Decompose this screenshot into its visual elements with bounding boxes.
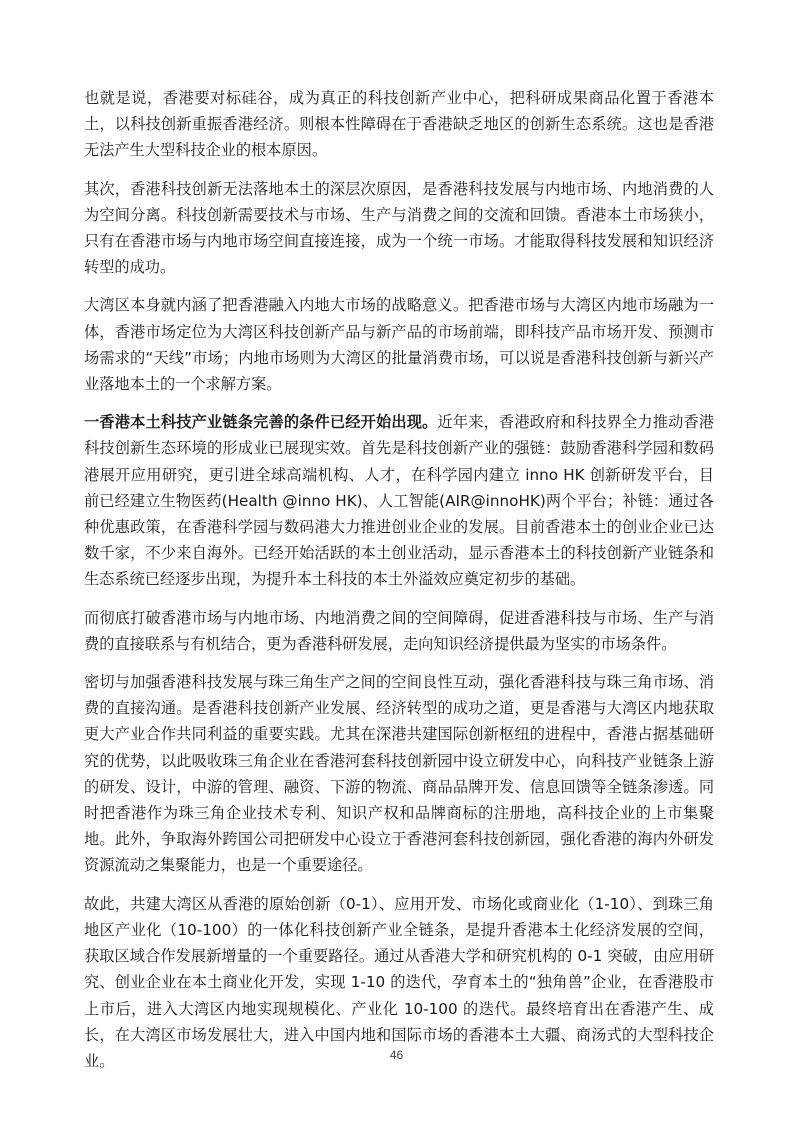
paragraph-5: 而彻底打破香港市场与内地市场、内地消费之间的空间障碍，促进香港科技与市场、生产与…: [84, 605, 714, 657]
paragraph-6: 密切与加强香港科技发展与珠三角生产之间的空间良性互动，强化香港科技与珠三角市场、…: [84, 669, 714, 879]
paragraph-4: 一香港本土科技产业链条完善的条件已经开始出现。近年来，香港政府和科技界全力推动香…: [84, 409, 714, 592]
paragraph-1: 也就是说，香港要对标硅谷，成为真正的科技创新产业中心，把科研成果商品化置于香港本…: [84, 85, 714, 164]
document-page: 也就是说，香港要对标硅谷，成为真正的科技创新产业中心，把科研成果商品化置于香港本…: [84, 85, 714, 1086]
paragraph-4-body: 近年来，香港政府和科技界全力推动香港科技创新生态环境的形成业已展现实效。首先是科…: [84, 413, 714, 588]
page-number: 46: [0, 1048, 793, 1062]
paragraph-7: 故此，共建大湾区从香港的原始创新（0-1）、应用开发、市场化或商业化（1-10）…: [84, 891, 714, 1074]
paragraph-lead-heading: 一香港本土科技产业链条完善的条件已经开始出现。: [84, 413, 438, 431]
paragraph-3: 大湾区本身就内涵了把香港融入内地大市场的战略意义。把香港市场与大湾区内地市场融为…: [84, 292, 714, 397]
paragraph-2: 其次，香港科技创新无法落地本土的深层次原因，是香港科技发展与内地市场、内地消费的…: [84, 176, 714, 281]
